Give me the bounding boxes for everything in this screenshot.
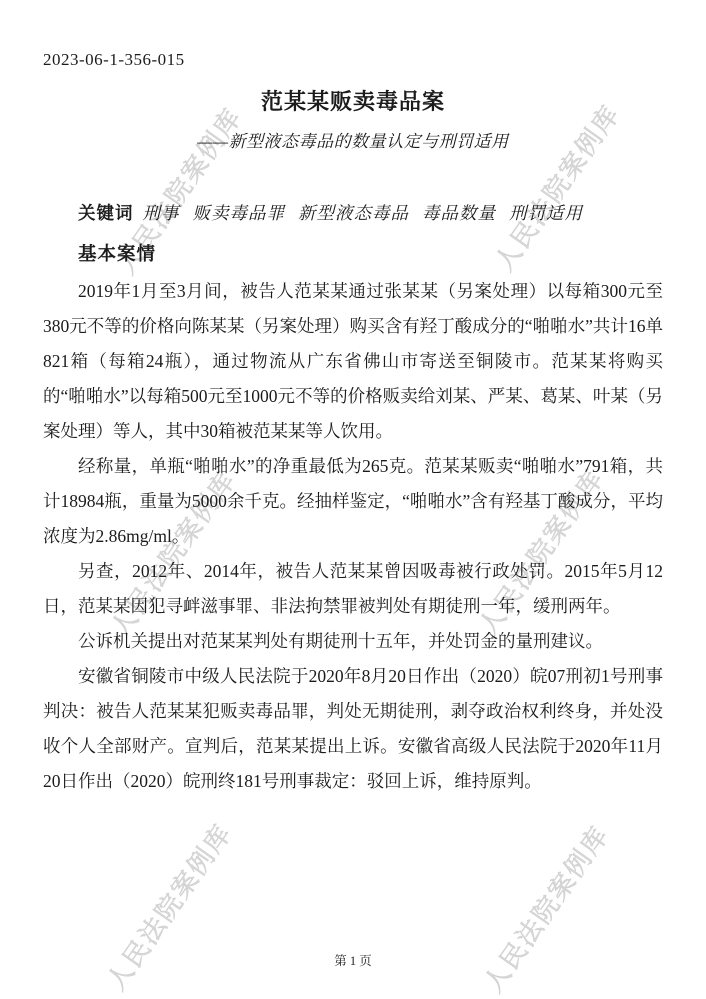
section-heading-basic-facts: 基本案情 [43, 237, 663, 271]
keywords-line: 关键词刑事贩卖毒品罪新型液态毒品毒品数量刑罚适用 [43, 199, 663, 227]
page-number: 第 1 页 [0, 951, 706, 969]
paragraph: 经称量，单瓶“啪啪水”的净重最低为265克。范某某贩卖“啪啪水”791箱，共计1… [43, 449, 663, 554]
case-subtitle: ——新型液态毒品的数量认定与刑罚适用 [43, 127, 663, 152]
case-number: 2023-06-1-356-015 [43, 50, 663, 70]
case-body: 2019年1月至3月间，被告人范某某通过张某某（另案处理）以每箱300元至380… [43, 274, 663, 799]
keyword-item: 新型液态毒品 [298, 203, 409, 223]
paragraph: 安徽省铜陵市中级人民法院于2020年8月20日作出（2020）皖07刑初1号刑事… [43, 659, 663, 799]
keyword-item: 刑罚适用 [509, 203, 583, 223]
paragraph: 公诉机关提出对范某某判处有期徒刑十五年，并处罚金的量刑建议。 [43, 624, 663, 659]
keywords-label: 关键词 [78, 203, 134, 223]
document-content: 2023-06-1-356-015 范某某贩卖毒品案 ——新型液态毒品的数量认定… [0, 0, 706, 999]
paragraph: 2019年1月至3月间，被告人范某某通过张某某（另案处理）以每箱300元至380… [43, 274, 663, 449]
case-title: 范某某贩卖毒品案 [43, 85, 663, 116]
keyword-item: 贩卖毒品罪 [193, 203, 286, 223]
paragraph: 另查，2012年、2014年，被告人范某某曾因吸毒被行政处罚。2015年5月12… [43, 554, 663, 624]
document-page: 人民法院案例库 人民法院案例库 人民法院案例库 人民法院案例库 人民法院案例库 … [0, 0, 706, 999]
keyword-item: 毒品数量 [422, 203, 496, 223]
keyword-item: 刑事 [143, 203, 180, 223]
